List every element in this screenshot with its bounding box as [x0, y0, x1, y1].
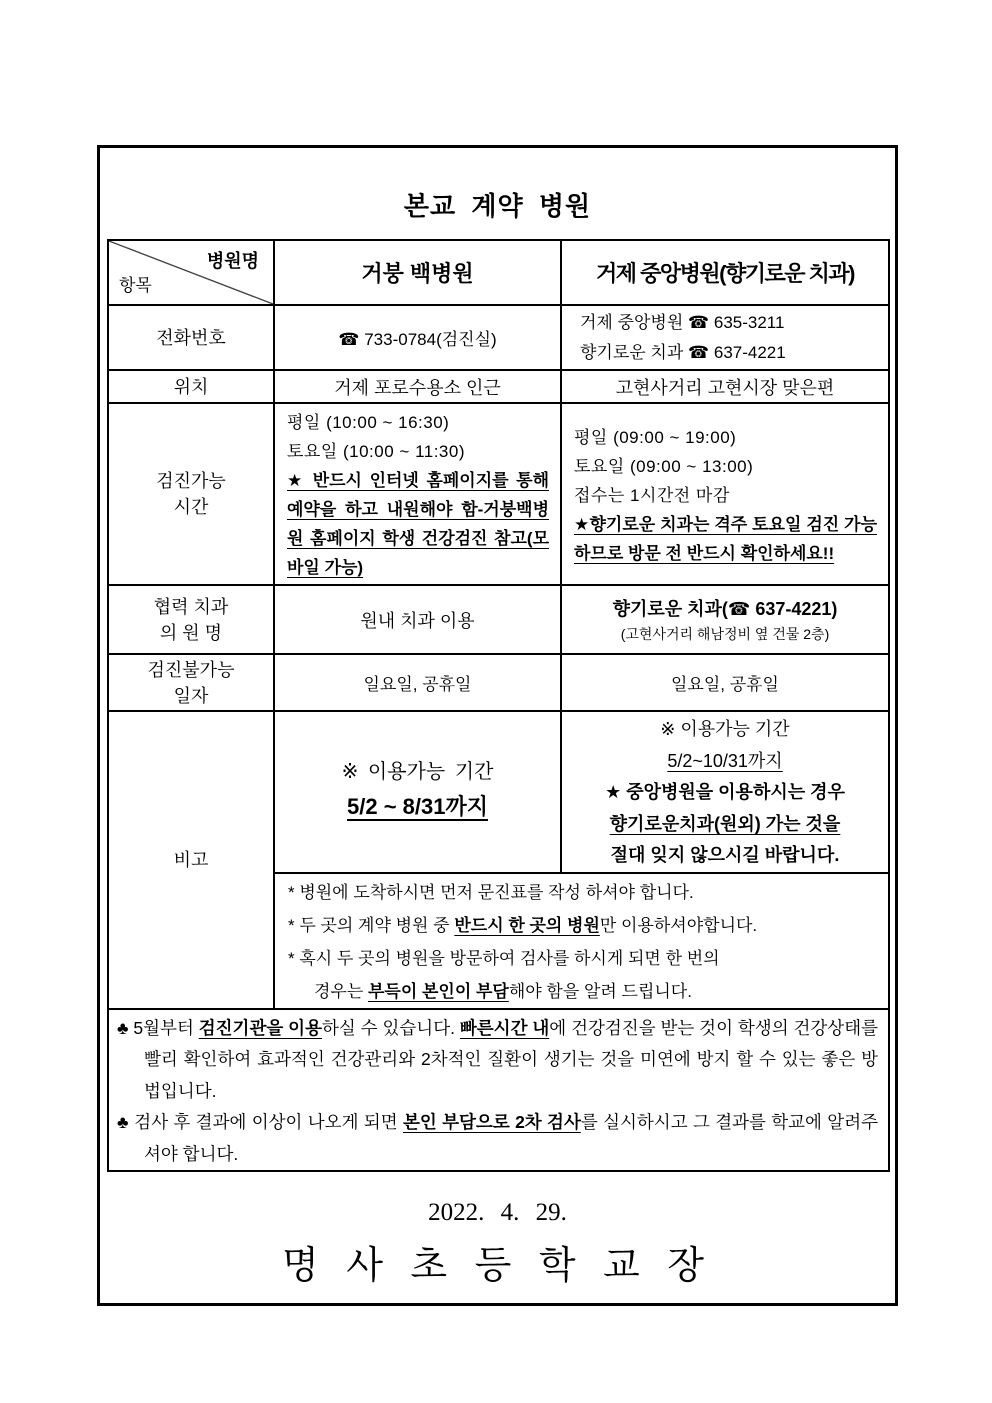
phone-geoje-line1: 거제 중앙병원 ☎ 635-3211 — [580, 308, 888, 338]
footer-bullet-2-emphasis: 본인 부담으로 2차 검사 — [403, 1112, 581, 1132]
table-row-hours: 검진가능 시간 평일 (10:00 ~ 16:30) 토요일 (10:00 ~ … — [108, 403, 889, 585]
unavailable-geoje: 일요일, 공휴일 — [561, 654, 889, 711]
unavailable-geobung: 일요일, 공휴일 — [274, 654, 561, 711]
table-row-dental: 협력 치과 의 원 명 원내 치과 이용 향기로운 치과(☎ 637-4221)… — [108, 585, 889, 654]
dental-geobung: 원내 치과 이용 — [274, 585, 561, 654]
corner-label-item: 항목 — [119, 271, 152, 296]
row-label-unavailable-line1: 검진불가능 — [109, 657, 273, 683]
table-row-unavailable: 검진불가능 일자 일요일, 공휴일 일요일, 공휴일 — [108, 654, 889, 711]
note-2-emphasis: 반드시 한 곳의 병원 — [454, 916, 600, 935]
remarks-geoje-period-title: ※ 이용가능 기간 — [562, 714, 888, 746]
table-header-row: 병원명 항목 거붕 백병원 거제 중앙병원(향기로운 치과) — [108, 240, 889, 305]
signature-principal: 명 사 초 등 학 교 장 — [100, 1242, 895, 1290]
hours-geobung-saturday: 토요일 (10:00 ~ 11:30) — [287, 437, 549, 466]
location-geobung: 거제 포로수용소 인근 — [274, 370, 561, 403]
note-2: * 두 곳의 계약 병원 중 반드시 한 곳의 병원만 이용하셔야합니다. — [288, 909, 880, 942]
phone-geobung: ☎ 733-0784(검진실) — [274, 305, 561, 370]
remarks-geoje-note2: 향기로운치과(원외) 가는 것을 — [562, 809, 888, 841]
note-3-line2: 경우는 부득이 본인이 부담해야 함을 알려 드립니다. — [314, 975, 880, 1008]
footer-bullet-1-emphasis-2: 빠른시간 내 — [460, 1018, 549, 1038]
hours-geoje-weekday: 평일 (09:00 ~ 19:00) — [574, 423, 877, 452]
location-geoje: 고현사거리 고현시장 맞은편 — [561, 370, 889, 403]
hours-geoje-reception: 접수는 1시간전 마감 — [574, 481, 877, 510]
row-label-hours: 검진가능 시간 — [108, 403, 274, 585]
phone-geoje-line2: 향기로운 치과 ☎ 637-4221 — [580, 338, 888, 368]
table-row-phone: 전화번호 ☎ 733-0784(검진실) 거제 중앙병원 ☎ 635-3211 … — [108, 305, 889, 370]
remarks-geobung-period: 5/2 ~ 8/31까지 — [275, 787, 560, 827]
document-page: 본교 계약 병원 병원명 항목 거붕 백병원 거제 중앙병원(향기로운 치과) … — [97, 145, 898, 1306]
remarks-geoje: ※ 이용가능 기간 5/2~10/31까지 ★ 중앙병원을 이용하시는 경우 향… — [561, 711, 889, 873]
dental-geoje-name: 향기로운 치과(☎ 637-4221) — [562, 595, 888, 623]
hours-geoje-note: ★향기로운 치과는 격주 토요일 검진 가능하므로 방문 전 반드시 확인하세요… — [574, 510, 877, 568]
remarks-geobung: ※ 이용가능 기간 5/2 ~ 8/31까지 — [274, 711, 561, 873]
footer-notes: ♣ 5월부터 검진기관을 이용하실 수 있습니다. 빠른시간 내에 건강검진을 … — [108, 1009, 889, 1172]
phone-geoje: 거제 중앙병원 ☎ 635-3211 향기로운 치과 ☎ 637-4221 — [561, 305, 889, 370]
dental-geoje-address: (고현사거리 해남정비 옆 건물 2층) — [562, 623, 888, 645]
document-date: 2022. 4. 29. — [100, 1198, 895, 1228]
note-3-emphasis: 부득이 본인이 부담 — [368, 982, 509, 1001]
hours-geobung-weekday: 평일 (10:00 ~ 16:30) — [287, 408, 549, 437]
row-label-unavailable-line2: 일자 — [109, 683, 273, 709]
corner-header-cell: 병원명 항목 — [108, 240, 274, 305]
footer-bullet-2: ♣ 검사 후 결과에 이상이 나오게 되면 본인 부담으로 2차 검사를 실시하… — [117, 1107, 878, 1170]
row-label-phone: 전화번호 — [108, 305, 274, 370]
table-row-remarks: 비고 ※ 이용가능 기간 5/2 ~ 8/31까지 ※ 이용가능 기간 5/2~… — [108, 711, 889, 873]
footer-bullet-1: ♣ 5월부터 검진기관을 이용하실 수 있습니다. 빠른시간 내에 건강검진을 … — [117, 1013, 878, 1108]
remarks-geobung-period-title: ※ 이용가능 기간 — [275, 757, 560, 787]
remarks-geoje-period: 5/2~10/31까지 — [562, 746, 888, 778]
row-label-hours-line2: 시간 — [109, 494, 273, 520]
remarks-notes: * 병원에 도착하시면 먼저 문진표를 작성 하셔야 합니다. * 두 곳의 계… — [274, 873, 889, 1009]
table-row-location: 위치 거제 포로수용소 인근 고현사거리 고현시장 맞은편 — [108, 370, 889, 403]
dental-geoje: 향기로운 치과(☎ 637-4221) (고현사거리 해남정비 옆 건물 2층) — [561, 585, 889, 654]
hours-geobung-note: ★ 반드시 인터넷 홈페이지를 통해 예약을 하고 내원해야 함-거붕백병원 홈… — [287, 466, 549, 582]
page-title: 본교 계약 병원 — [100, 190, 895, 222]
corner-label-hospital: 병원명 — [207, 247, 259, 273]
row-label-remarks: 비고 — [108, 711, 274, 1009]
row-label-unavailable: 검진불가능 일자 — [108, 654, 274, 711]
table-row-footer: ♣ 5월부터 검진기관을 이용하실 수 있습니다. 빠른시간 내에 건강검진을 … — [108, 1009, 889, 1172]
hours-geoje-saturday: 토요일 (09:00 ~ 13:00) — [574, 452, 877, 481]
footer-bullet-1-emphasis-1: 검진기관을 이용 — [199, 1018, 322, 1038]
remarks-geoje-note3: 절대 잊지 않으시길 바랍니다. — [562, 840, 888, 872]
hours-geobung: 평일 (10:00 ~ 16:30) 토요일 (10:00 ~ 11:30) ★… — [274, 403, 561, 585]
row-label-location: 위치 — [108, 370, 274, 403]
row-label-dental-line2: 의 원 명 — [109, 620, 273, 646]
column-header-geoje: 거제 중앙병원(향기로운 치과) — [561, 240, 889, 305]
row-label-dental: 협력 치과 의 원 명 — [108, 585, 274, 654]
column-header-geobung: 거붕 백병원 — [274, 240, 561, 305]
remarks-geoje-note1: ★ 중앙병원을 이용하시는 경우 — [562, 777, 888, 809]
hours-geoje: 평일 (09:00 ~ 19:00) 토요일 (09:00 ~ 13:00) 접… — [561, 403, 889, 585]
row-label-hours-line1: 검진가능 — [109, 468, 273, 494]
row-label-dental-line1: 협력 치과 — [109, 594, 273, 620]
note-3-line1: * 혹시 두 곳의 병원을 방문하여 검사를 하시게 되면 한 번의 — [288, 942, 880, 975]
note-1: * 병원에 도착하시면 먼저 문진표를 작성 하셔야 합니다. — [288, 876, 880, 909]
hospital-table: 병원명 항목 거붕 백병원 거제 중앙병원(향기로운 치과) 전화번호 ☎ 73… — [107, 239, 890, 1172]
